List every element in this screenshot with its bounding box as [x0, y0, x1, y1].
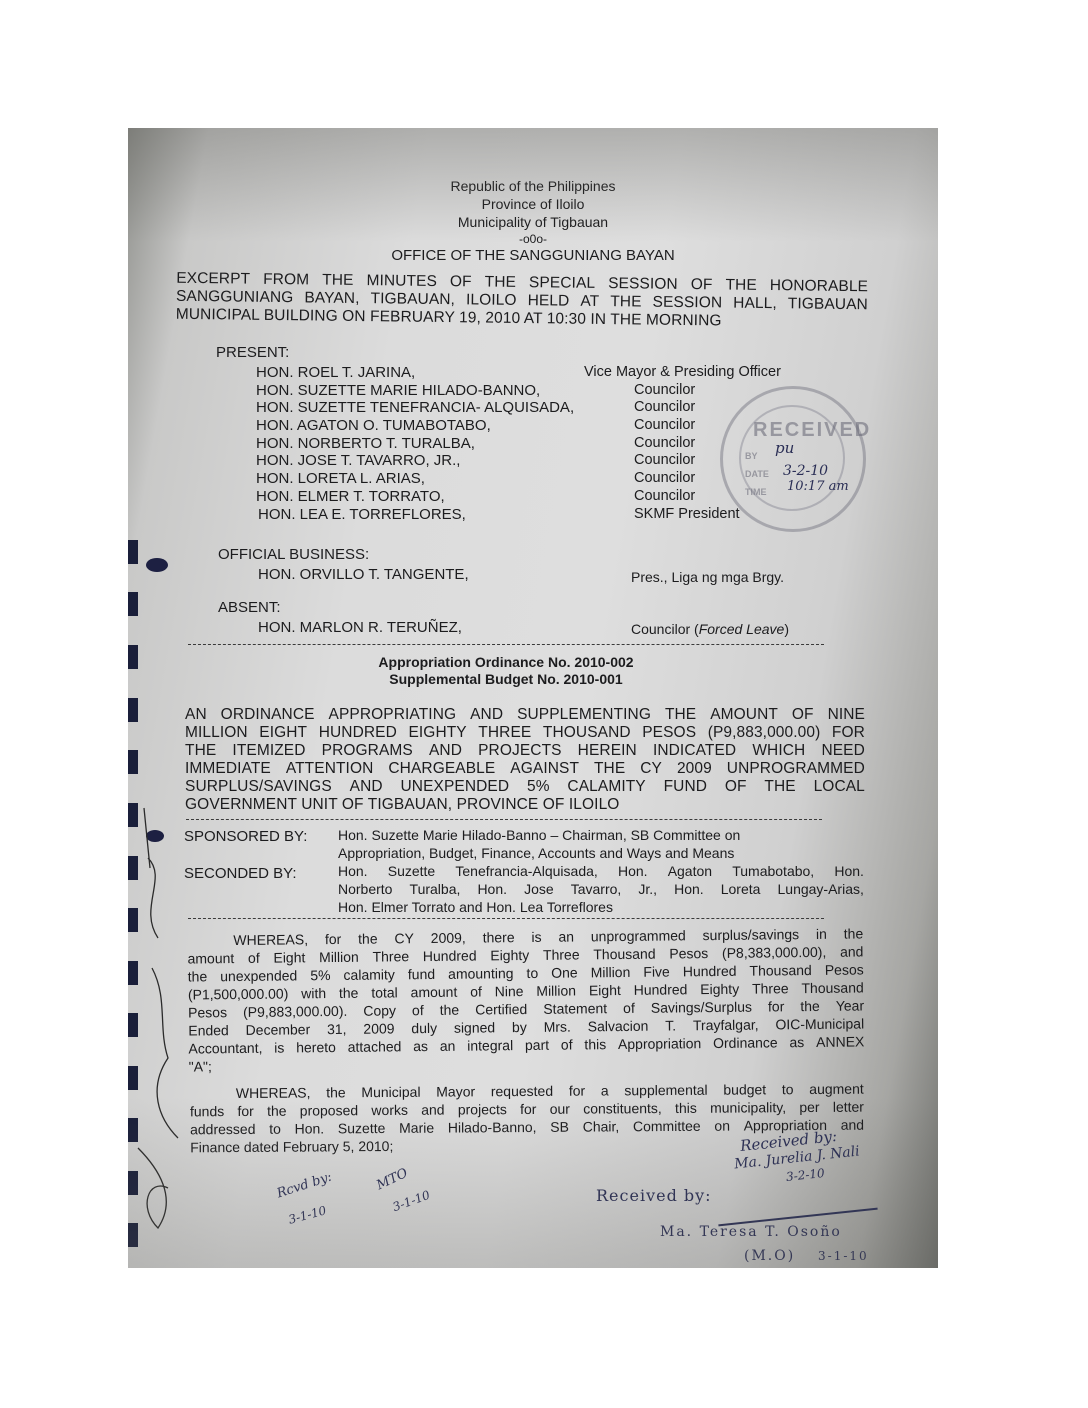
punch-hole-icon — [146, 558, 168, 572]
word: ANNEX — [816, 1032, 864, 1051]
word: hereto — [296, 1038, 336, 1056]
word: AMOUNT — [710, 706, 778, 724]
word: AND — [350, 778, 383, 796]
word: of — [248, 949, 260, 967]
attendee-position: SKMF President — [634, 506, 740, 523]
attendee-name: HON. JOSE T. TAVARRO, JR., — [256, 452, 460, 469]
word: SANGGUNIANG — [176, 288, 294, 307]
ordinance-title-line: IMMEDIATEATTENTIONCHARGEABLEAGAINSTTHECY… — [185, 760, 865, 778]
word: Eight — [589, 981, 621, 999]
word: (P9,883,000.00). — [243, 1002, 347, 1021]
attendee-name: HON. SUZETTE TENEFRANCIA- ALQUISADA, — [256, 399, 574, 416]
stamp-word: RECEIVED — [753, 419, 871, 442]
word: the — [844, 924, 864, 942]
word: CHARGEABLE — [388, 760, 495, 778]
word: ATTENTION — [286, 760, 374, 778]
seconded-by-list: Hon.SuzetteTenefrancia-Alquisada,Hon.Aga… — [338, 862, 864, 916]
word: duly — [411, 1019, 437, 1037]
attendee-row: HON. SUZETTE TENEFRANCIA- ALQUISADA,Coun… — [256, 399, 816, 417]
word: Lungay-Arias, — [778, 880, 864, 898]
word: THREE — [478, 724, 531, 742]
word: our — [550, 1100, 570, 1118]
word: SPECIAL — [529, 274, 595, 293]
header-municipality: Municipality of Tigbauan — [128, 213, 938, 231]
ordinance-title-line: THEITEMIZEDPROGRAMSANDPROJECTSHEREININDI… — [185, 742, 865, 760]
stamp-date: 3-2-10 — [783, 463, 828, 479]
official-business-label: OFFICIAL BUSINESS: — [218, 546, 369, 564]
handwritten-signature-1-date: 3-1-10 — [287, 1203, 328, 1227]
word: is — [531, 928, 541, 946]
word: and — [421, 1101, 444, 1119]
word: One — [551, 963, 578, 981]
word: there — [483, 928, 515, 946]
word: a — [601, 1081, 609, 1099]
header-separator: -o0o- — [128, 230, 938, 248]
ordinance-title-line: ANORDINANCEAPPROPRIATINGANDSUPPLEMENTING… — [185, 706, 865, 724]
word: of — [561, 1036, 573, 1054]
word: IMMEDIATE — [185, 760, 271, 778]
word: Eighty — [700, 980, 739, 998]
word: Accountant, — [188, 1039, 262, 1058]
word: amount — [411, 983, 458, 1001]
attendee-position: Councilor — [634, 435, 695, 452]
word: Mayor — [436, 1082, 475, 1100]
word: 31, — [327, 1020, 347, 1038]
word: (P1,500,000.00) — [188, 984, 289, 1003]
word: 5% — [527, 778, 550, 796]
word: Suzette — [388, 862, 435, 880]
word: THE — [185, 742, 216, 760]
word: PROGRAMS — [322, 742, 413, 760]
word: Certified — [475, 1000, 527, 1019]
word: per — [799, 1098, 819, 1116]
word: Hundred — [423, 947, 477, 966]
word: budget — [723, 1080, 766, 1098]
attendee-name: HON. NORBERTO T. TURALBA, — [256, 435, 475, 452]
ordinance-title-line: MILLIONEIGHTHUNDREDEIGHTYTHREETHOUSANDPE… — [185, 724, 865, 742]
handwritten-receiver-2-name: Ma. Teresa T. Osoño — [660, 1224, 842, 1240]
word: works — [371, 1101, 408, 1119]
word: Hon. — [618, 862, 648, 880]
word: requested — [491, 1082, 553, 1100]
word: the — [800, 997, 820, 1015]
word: THE — [764, 778, 795, 796]
handwritten-receiver-2-role: (M.O) — [744, 1248, 795, 1264]
word: Pesos — [669, 944, 708, 962]
word: LOCAL — [814, 778, 865, 796]
word: the — [440, 1001, 460, 1019]
word: this — [584, 1035, 606, 1053]
word: Chair, — [583, 1117, 620, 1135]
attendee-position: Councilor — [634, 488, 695, 505]
word: WHEREAS, — [236, 1084, 311, 1103]
word: the — [188, 967, 208, 985]
supplemental-budget-number: Supplemental Budget No. 2010-001 — [188, 670, 824, 688]
word: FOR — [832, 724, 865, 742]
word: ILOILO — [466, 291, 517, 310]
word: (P9,883,000.00) — [708, 724, 821, 742]
word: Norberto — [338, 880, 392, 898]
word: 2009 — [677, 760, 712, 778]
word: Tavarro, — [571, 880, 622, 898]
stamp-time: 10:17 am — [787, 479, 849, 494]
attendee-position: Councilor — [634, 382, 695, 399]
attendee-position: Councilor — [634, 452, 695, 469]
word: CY — [640, 760, 662, 778]
word: NINE — [828, 706, 865, 724]
word: Pesos — [825, 960, 864, 978]
handwritten-receiver-1-date: 3-2-10 — [785, 1166, 825, 1184]
seconded-by-line: Hon.SuzetteTenefrancia-Alquisada,Hon.Aga… — [338, 862, 864, 880]
word: Ended — [188, 1021, 229, 1039]
word: Million — [319, 948, 359, 966]
word: the — [326, 1083, 346, 1101]
word: amounting — [448, 964, 514, 983]
word: the — [339, 984, 359, 1002]
stamp-time-label: TIME — [745, 487, 767, 497]
attendee-name: HON. LEA E. TORREFLORES, — [258, 506, 466, 523]
word: by — [512, 1018, 527, 1036]
absent-name: HON. MARLON R. TERUÑEZ, — [258, 619, 462, 637]
word: MILLION — [185, 724, 248, 742]
word: HUNDRED — [319, 724, 397, 742]
word: Statement — [543, 999, 607, 1018]
word: Suzette — [338, 1119, 386, 1137]
word: signed — [454, 1018, 495, 1036]
attendee-position: Councilor — [634, 399, 695, 416]
word: surplus/savings — [703, 925, 800, 944]
word: THE — [725, 276, 757, 294]
word: Five — [643, 962, 670, 980]
word: CALAMITY — [567, 778, 645, 796]
word: SURPLUS/SAVINGS — [185, 778, 332, 796]
stamp-initial: pu — [775, 439, 794, 457]
word: Jr., — [638, 880, 657, 898]
word: Thousand — [593, 945, 655, 964]
word: HALL, — [733, 295, 777, 314]
sponsored-by-label: SPONSORED BY: — [184, 828, 307, 846]
word: Salvacion — [588, 1017, 649, 1036]
word: for — [520, 1100, 536, 1118]
word: NEED — [821, 742, 864, 760]
word: Marie — [399, 1119, 434, 1137]
word: UNPROGRAMMED — [727, 760, 865, 778]
attendee-name: HON. ELMER T. TORRATO, — [256, 488, 445, 505]
word: Municipal — [361, 1083, 420, 1101]
word: an — [440, 1037, 456, 1055]
handwritten-signature-2: MTO — [374, 1166, 410, 1193]
word: OF — [450, 273, 472, 291]
word: amount — [187, 949, 234, 967]
handwritten-received-by-2: Received by: — [596, 1186, 712, 1205]
attendee-row: HON. LEA E. TORREFLORES,SKMF President — [256, 506, 816, 524]
word: Eight — [273, 948, 305, 966]
word: Hon. — [295, 1119, 325, 1137]
divider-dashed — [186, 819, 822, 820]
word: to — [269, 1120, 281, 1138]
word: INDICATED — [653, 742, 736, 760]
word: funds — [190, 1102, 224, 1120]
word: attached — [348, 1037, 402, 1056]
word: WHEREAS, — [233, 930, 308, 949]
absent-note: Forced Leave — [699, 621, 785, 637]
word: THOUSAND — [543, 724, 631, 742]
word: BAYAN, — [304, 289, 359, 308]
word: of — [623, 999, 635, 1017]
attendee-position: Councilor — [634, 470, 695, 487]
stamp-by-label: BY — [745, 451, 758, 461]
word: EIGHT — [259, 724, 307, 742]
word: Hon. — [674, 880, 704, 898]
scanned-document-page: Republic of the Philippines Province of … — [128, 128, 938, 1268]
word: PESOS — [642, 724, 696, 742]
attendee-position: Vice Mayor & Presiding Officer — [584, 364, 781, 381]
word: Agaton — [668, 862, 712, 880]
seconded-by-line: NorbertoTuralba,Hon.JoseTavarro,Jr.,Hon.… — [338, 880, 864, 898]
word: to — [782, 1080, 794, 1098]
word: HEREIN — [578, 742, 637, 760]
word: FUND — [664, 778, 707, 796]
attendee-name: HON. SUZETTE MARIE HILADO-BANNO, — [256, 382, 540, 399]
word: supplemental — [624, 1081, 707, 1100]
word: Ordinance — [713, 1033, 778, 1052]
divider-dashed — [188, 918, 824, 919]
word: Year — [836, 996, 864, 1014]
word: Savings/Surplus — [651, 998, 752, 1017]
absent-position: Councilor (Forced Leave) — [631, 620, 789, 638]
word: Hon. — [338, 862, 368, 880]
word: an — [558, 927, 574, 945]
present-label: PRESENT: — [216, 344, 289, 362]
word: Thousand — [749, 961, 811, 980]
word: municipality, — [710, 1098, 786, 1117]
official-business-name: HON. ORVILLO T. TANGENTE, — [258, 566, 469, 584]
ordinance-title: ANORDINANCEAPPROPRIATINGANDSUPPLEMENTING… — [185, 706, 865, 814]
header-country: Republic of the Philippines — [128, 177, 938, 195]
word: THE — [485, 274, 517, 292]
word: T. — [665, 1016, 676, 1034]
word: ORDINANCE — [221, 706, 315, 724]
word: Loreta — [721, 880, 761, 898]
whereas-clause-1: WHEREAS,fortheCY2009,thereisanunprogramm… — [187, 924, 864, 1075]
word: of — [470, 982, 482, 1000]
word: Thousand — [801, 978, 863, 997]
word: Turalba, — [410, 880, 461, 898]
excerpt-heading: EXCERPTFROMTHEMINUTESOFTHESPECIALSESSION… — [176, 270, 869, 332]
word: THE — [322, 272, 354, 290]
word: Appropriation — [618, 1034, 701, 1053]
word: Hundred — [683, 962, 737, 981]
word: Three — [752, 979, 789, 997]
word: proposed — [300, 1101, 359, 1119]
word: APPROPRIATING — [329, 706, 457, 724]
word: AN — [185, 706, 207, 724]
word: Million — [536, 981, 576, 999]
handwritten-signature-1: Rcvd by: — [275, 1170, 334, 1202]
word: in — [816, 925, 827, 943]
word: EIGHTY — [408, 724, 466, 742]
word: with — [301, 984, 326, 1002]
word: Million — [591, 963, 631, 981]
word: integral — [467, 1036, 513, 1054]
word: AND — [470, 706, 503, 724]
word: Jose — [524, 880, 554, 898]
word: Mrs. — [544, 1018, 571, 1036]
word: December — [246, 1020, 311, 1039]
word: addressed — [190, 1120, 256, 1138]
word: HONORABLE — [770, 277, 868, 296]
stamp-date-label: DATE — [745, 469, 769, 479]
word: for — [569, 1082, 585, 1100]
word: Tenefrancia-Alquisada, — [455, 862, 597, 880]
word: TIGBAUAN, — [370, 290, 455, 309]
word: PROJECTS — [478, 742, 561, 760]
handwritten-signature-2-date: 3-1-10 — [391, 1188, 432, 1214]
word: projects — [458, 1100, 507, 1118]
word: TIGBAUAN — [788, 295, 868, 314]
word: SB — [550, 1118, 569, 1136]
word: AND — [429, 742, 462, 760]
word: total — [371, 983, 398, 1001]
word: for — [237, 1102, 253, 1120]
word: unprogrammed — [591, 926, 686, 945]
word: AGAINST — [510, 760, 579, 778]
word: SUPPLEMENTING — [517, 706, 651, 724]
word: Hon. — [477, 880, 507, 898]
word: Trayfalgar, — [693, 1016, 759, 1035]
ordinance-number: Appropriation Ordinance No. 2010-002 — [188, 653, 824, 671]
word: (P8,383,000.00), — [722, 943, 826, 962]
word: the — [267, 1102, 287, 1120]
word: and — [840, 942, 864, 960]
received-stamp: RECEIVED BY DATE TIME pu 3-2-10 10:17 am — [720, 386, 866, 532]
word: THE — [610, 293, 642, 311]
word: the — [358, 930, 378, 948]
word: Committee — [633, 1117, 701, 1135]
word: letter — [833, 1098, 864, 1116]
attendee-position: Councilor — [634, 417, 695, 434]
word: calamity — [343, 965, 395, 984]
divider-dashed — [188, 644, 824, 645]
ordinance-title-line: GOVERNMENT UNIT OF TIGBAUAN, PROVINCE OF… — [185, 796, 865, 814]
word: to — [526, 964, 538, 982]
word: EXCERPT — [176, 270, 250, 289]
word: OF — [691, 276, 713, 294]
word: OF — [792, 706, 814, 724]
word: unexpended — [220, 966, 297, 985]
word: on — [714, 1117, 730, 1135]
word: constituents, — [583, 1099, 662, 1118]
sponsored-by-line: Appropriation, Budget, Finance, Accounts… — [338, 844, 734, 862]
word: HELD — [528, 292, 570, 311]
word: Three — [372, 947, 409, 965]
word: Three — [543, 945, 580, 963]
word: MINUTES — [366, 272, 437, 291]
word: FROM — [263, 271, 309, 290]
word: 2009 — [363, 1019, 394, 1037]
word: THE — [594, 760, 625, 778]
word: Tumabotabo, — [732, 862, 814, 880]
word: part — [525, 1036, 549, 1054]
word: UNEXPENDED — [400, 778, 509, 796]
word: and — [841, 1116, 864, 1134]
word: Hon. — [834, 862, 864, 880]
word: THE — [665, 706, 696, 724]
word: OF — [725, 778, 747, 796]
attendee-name: HON. LORETA L. ARIAS, — [256, 470, 425, 487]
attendee-name: HON. ROEL T. JARINA, — [256, 364, 415, 381]
word: Hilado-Banno, — [448, 1118, 537, 1137]
sponsored-by-line: Hon. Suzette Marie Hilado-Banno – Chairm… — [338, 826, 740, 844]
word: as — [413, 1037, 428, 1055]
word: Pesos — [188, 1003, 227, 1021]
word: 2009, — [431, 929, 466, 947]
attendee-row: HON. ROEL T. JARINA,Vice Mayor & Presidi… — [256, 364, 816, 382]
ordinance-title-line: SURPLUS/SAVINGSANDUNEXPENDED5%CALAMITYFU… — [185, 778, 865, 796]
attendee-name: HON. AGATON O. TUMABOTABO, — [256, 417, 491, 434]
word: OIC-Municipal — [775, 1014, 864, 1033]
word: is — [274, 1039, 284, 1057]
word: 5% — [310, 966, 330, 984]
seconded-by-label: SECONDED BY: — [184, 865, 297, 883]
seconded-by-line: Hon. Elmer Torrato and Hon. Lea Torreflo… — [338, 898, 864, 916]
word: Eighty — [490, 946, 529, 964]
handwritten-receiver-2-date: 3-1-10 — [818, 1249, 869, 1263]
word: SESSION — [652, 294, 722, 313]
word: fund — [408, 965, 435, 983]
header-province: Province of Iloilo — [128, 195, 938, 213]
official-business-position: Pres., Liga ng mga Brgy. — [631, 568, 784, 586]
word: this — [675, 1099, 697, 1117]
margin-signature-icon — [128, 768, 188, 1248]
attendee-row: HON. SUZETTE MARIE HILADO-BANNO,Councilo… — [256, 382, 816, 400]
header-office: OFFICE OF THE SANGGUNIANG BAYAN — [128, 247, 938, 265]
word: as — [789, 1033, 804, 1051]
word: ITEMIZED — [232, 742, 305, 760]
word: for — [325, 930, 342, 948]
word: Copy — [363, 1001, 396, 1019]
absent-label: ABSENT: — [218, 599, 281, 617]
word: for — [768, 997, 785, 1015]
word: of — [412, 1001, 424, 1019]
word: Nine — [495, 982, 524, 1000]
word: SESSION — [608, 275, 678, 294]
word: augment — [809, 1080, 864, 1098]
word: CY — [394, 929, 414, 947]
word: Hundred — [634, 980, 688, 999]
word: WHICH — [752, 742, 805, 760]
word: AT — [580, 293, 599, 311]
